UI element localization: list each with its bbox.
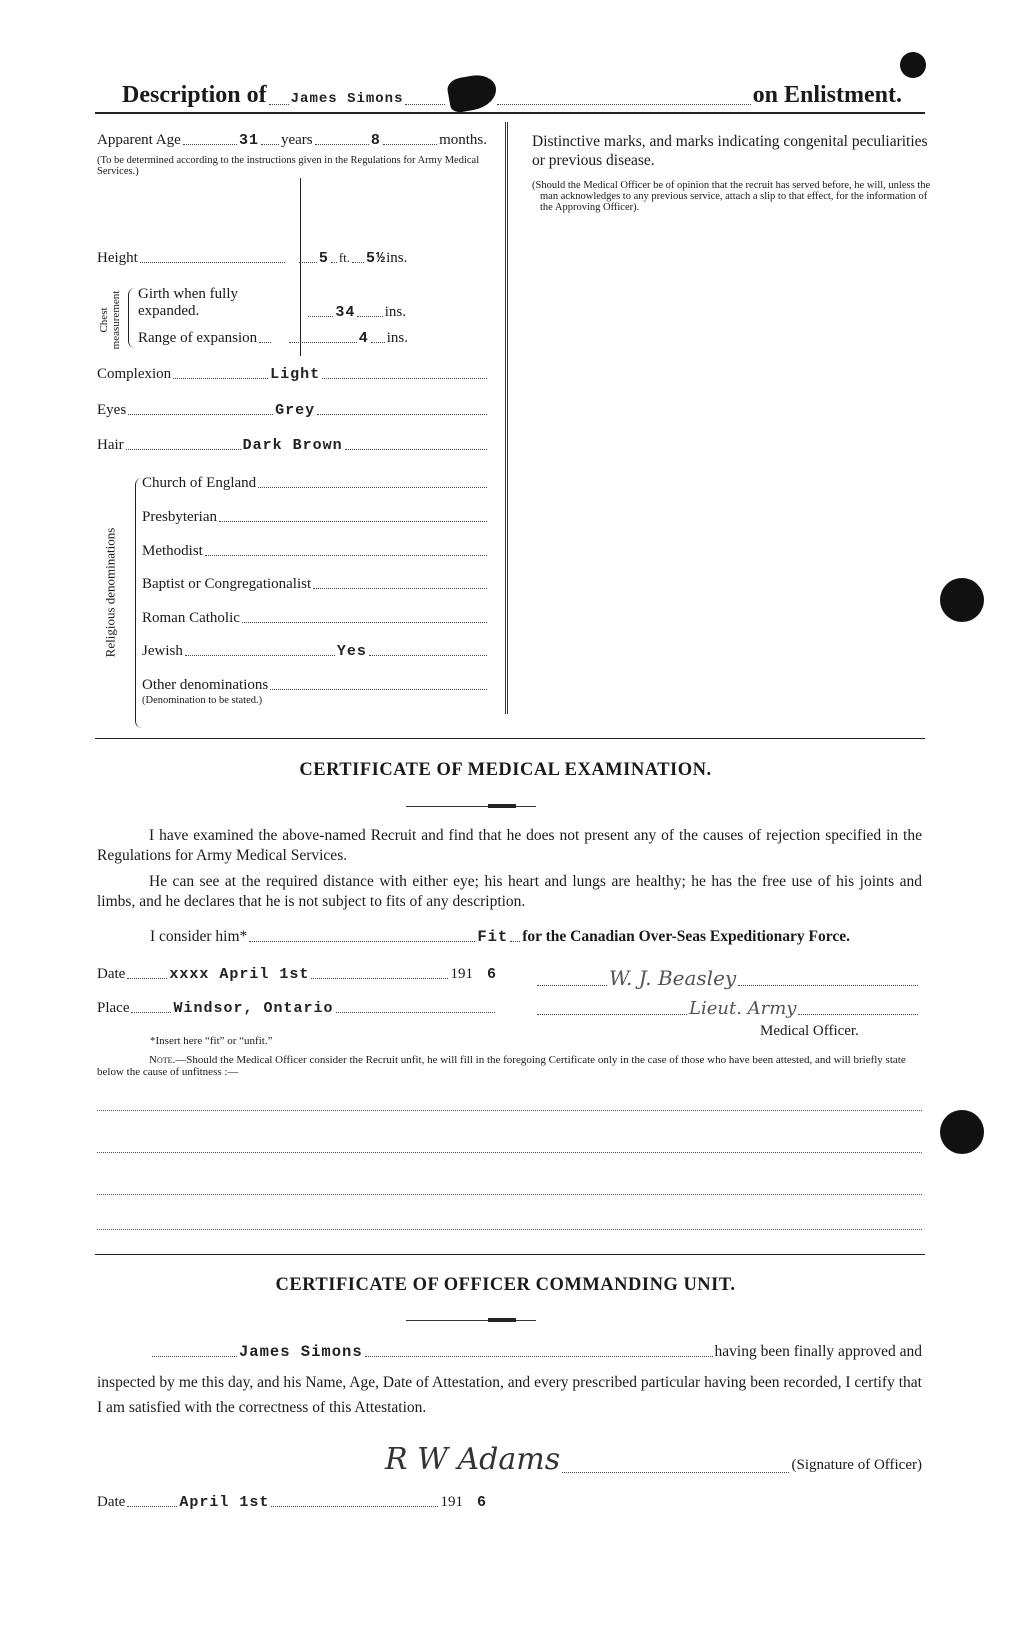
- medical-date-year-digit: 6: [487, 966, 497, 983]
- feet-label: ft.: [339, 250, 350, 266]
- range-unit: ins.: [387, 330, 408, 347]
- inches-label: ins.: [386, 250, 407, 267]
- fit-footnote: *Insert here “fit” or “unfit.”: [150, 1036, 272, 1047]
- religion-jewish: Jewish Yes: [142, 643, 489, 660]
- medical-date-value: xxxx April 1st: [169, 966, 309, 983]
- religion-church-of-england: Church of England: [142, 475, 489, 492]
- religion-label: Church of England: [142, 475, 256, 492]
- girth-label: Girth when fully expanded.: [138, 286, 278, 320]
- commanding-certificate-heading: CERTIFICATE OF OFFICER COMMANDING UNIT.: [0, 1275, 1011, 1296]
- religion-brace: [135, 478, 142, 728]
- chest-group-label: Chest measurement: [98, 280, 122, 360]
- medical-paragraph-2: He can see at the required distance with…: [97, 872, 922, 912]
- unfitness-line: [97, 1152, 922, 1153]
- chest-brace: [128, 288, 135, 348]
- religion-label: Methodist: [142, 543, 203, 560]
- medical-date-label: Date: [97, 966, 125, 983]
- religion-label: Baptist or Congregationalist: [142, 576, 311, 593]
- years-label: years: [281, 132, 313, 149]
- ornament-center-1: [488, 804, 516, 808]
- age-months-value: 8: [371, 132, 381, 149]
- commanding-officer-signature: R W Adams: [385, 1442, 560, 1477]
- consider-suffix: for the Canadian Over-Seas Expeditionary…: [522, 928, 850, 946]
- column-divider: [505, 122, 508, 714]
- complexion-label: Complexion: [97, 366, 171, 383]
- commanding-date-value: April 1st: [179, 1494, 269, 1511]
- religion-label: Roman Catholic: [142, 610, 240, 627]
- note-text: —Should the Medical Officer consider the…: [97, 1054, 906, 1078]
- medical-officer-rank: Lieut. Army: [689, 998, 796, 1019]
- hair-value: Dark Brown: [243, 437, 343, 454]
- height-feet-value: 5: [319, 250, 329, 267]
- recruit-name-field: James Simons: [291, 91, 404, 107]
- complexion-row: Complexion Light: [97, 366, 489, 383]
- age-note: (To be determined according to the instr…: [97, 155, 492, 177]
- eyes-row: Eyes Grey: [97, 402, 489, 419]
- religion-other: Other denominations: [142, 677, 489, 694]
- medical-paragraph-1: I have examined the above-named Recruit …: [97, 826, 922, 866]
- binder-hole: [940, 1110, 984, 1154]
- medical-date-year-prefix: 191: [450, 966, 473, 983]
- apparent-age-label: Apparent Age: [97, 132, 181, 149]
- height-label: Height: [97, 250, 138, 267]
- apparent-age-row: Apparent Age 31 years 8 months.: [97, 132, 487, 149]
- redaction-blot: [446, 72, 499, 114]
- note-label: Note.: [149, 1054, 175, 1066]
- commanding-date-year-prefix: 191: [440, 1494, 463, 1511]
- religion-presbyterian: Presbyterian: [142, 509, 489, 526]
- medical-date-row: Date xxxx April 1st 191 6: [97, 966, 497, 983]
- religion-label: Presbyterian: [142, 509, 217, 526]
- other-denomination-note: (Denomination to be stated.): [142, 695, 262, 706]
- girth-value: 34: [335, 304, 355, 321]
- commanding-name-row: James Simons having been finally approve…: [150, 1343, 922, 1361]
- height-inches-value: 5½: [366, 250, 386, 267]
- religion-group-label: Religious denominations: [103, 523, 118, 663]
- medical-place-value: Windsor, Ontario: [173, 1000, 333, 1017]
- eyes-value: Grey: [275, 402, 315, 419]
- distinctive-marks-note: (Should the Medical Officer be of opinio…: [532, 180, 935, 213]
- distinctive-marks-heading: Distinctive marks, and marks indicating …: [532, 132, 932, 170]
- commanding-date-year-digit: 6: [477, 1494, 487, 1511]
- fitness-value: Fit: [477, 928, 508, 946]
- religion-jewish-value: Yes: [337, 643, 367, 660]
- medical-officer-label: Medical Officer.: [760, 1023, 859, 1040]
- unfit-note: Note.—Should the Medical Officer conside…: [97, 1054, 922, 1078]
- commanding-line1-suffix: having been finally approved and: [715, 1343, 922, 1361]
- girth-value-row: 34 ins.: [306, 304, 406, 321]
- medical-certificate-heading: CERTIFICATE OF MEDICAL EXAMINATION.: [0, 760, 1011, 781]
- medical-signature-line: W. J. Beasley: [535, 966, 920, 990]
- unfitness-line: [97, 1194, 922, 1195]
- medical-officer-signature: W. J. Beasley: [609, 966, 736, 990]
- religion-roman-catholic: Roman Catholic: [142, 610, 489, 627]
- commanding-date-label: Date: [97, 1494, 125, 1511]
- consider-row: I consider him* Fit for the Canadian Ove…: [150, 928, 850, 946]
- unfitness-line: [97, 1110, 922, 1111]
- height-row: Height 5 ft. 5½ ins.: [97, 250, 482, 267]
- title-prefix: Description of: [122, 82, 267, 109]
- binder-hole: [940, 578, 984, 622]
- form-title: Description of James Simons on Enlistmen…: [122, 68, 902, 109]
- age-years-value: 31: [239, 132, 259, 149]
- hair-label: Hair: [97, 437, 124, 454]
- signature-of-officer-label: (Signature of Officer): [791, 1457, 922, 1474]
- ink-blot: [900, 52, 926, 78]
- religion-label: Other denominations: [142, 677, 268, 694]
- medical-place-label: Place: [97, 1000, 129, 1017]
- eyes-label: Eyes: [97, 402, 126, 419]
- commanding-recruit-name: James Simons: [239, 1343, 363, 1361]
- section-rule-2: [95, 1254, 925, 1255]
- ornament-rule-2: [406, 1320, 536, 1321]
- hair-row: Hair Dark Brown: [97, 437, 489, 454]
- religion-baptist: Baptist or Congregationalist: [142, 576, 489, 593]
- unfitness-line: [97, 1229, 922, 1230]
- header-rule: [95, 112, 925, 114]
- title-suffix: on Enlistment.: [753, 82, 902, 109]
- religion-label: Jewish: [142, 643, 183, 660]
- complexion-value: Light: [270, 366, 320, 383]
- ornament-rule-1: [406, 806, 536, 807]
- range-value: 4: [359, 330, 369, 347]
- months-label: months.: [439, 132, 487, 149]
- ornament-center-2: [488, 1318, 516, 1322]
- range-row: Range of expansion 4 ins.: [138, 330, 408, 347]
- religion-methodist: Methodist: [142, 543, 489, 560]
- range-label: Range of expansion: [138, 330, 257, 347]
- commanding-signature-line: R W Adams (Signature of Officer): [385, 1442, 922, 1477]
- commanding-date-row: Date April 1st 191 6: [97, 1494, 487, 1511]
- medical-rank-line: Lieut. Army: [535, 998, 920, 1019]
- girth-unit: ins.: [385, 304, 406, 321]
- medical-place-row: Place Windsor, Ontario: [97, 1000, 497, 1017]
- section-rule-1: [95, 738, 925, 739]
- consider-prefix: I consider him*: [150, 928, 247, 946]
- commanding-paragraph: inspected by me this day, and his Name, …: [97, 1370, 922, 1420]
